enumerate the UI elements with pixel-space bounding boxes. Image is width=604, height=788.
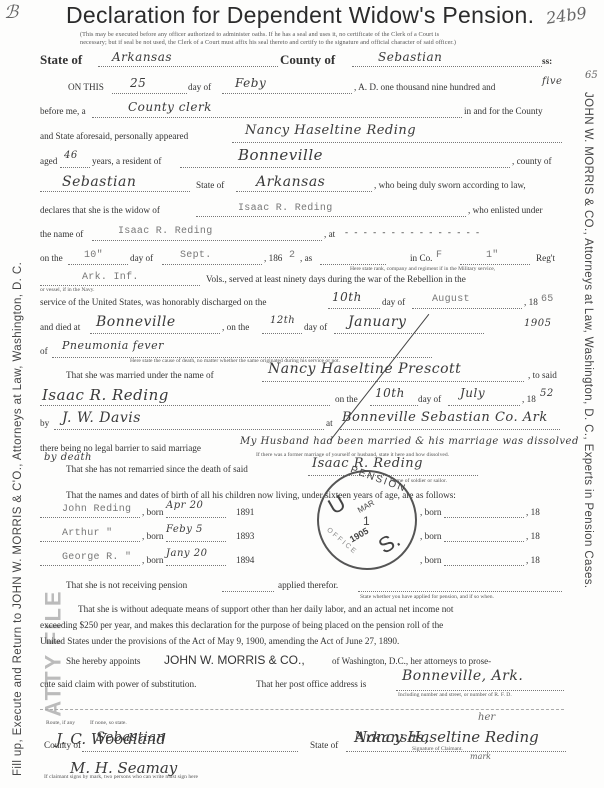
claimant-mark: mark — [470, 752, 491, 761]
witness-note: If claimant signs by mark, two persons w… — [44, 774, 198, 780]
claimant-signature-note: Signature of Claimant. — [412, 746, 463, 752]
claimant-signature: Nancy Haseltine Reding — [354, 728, 539, 746]
claimant-her: her — [478, 712, 495, 723]
witness-1: J. C. Woodland — [56, 730, 166, 748]
